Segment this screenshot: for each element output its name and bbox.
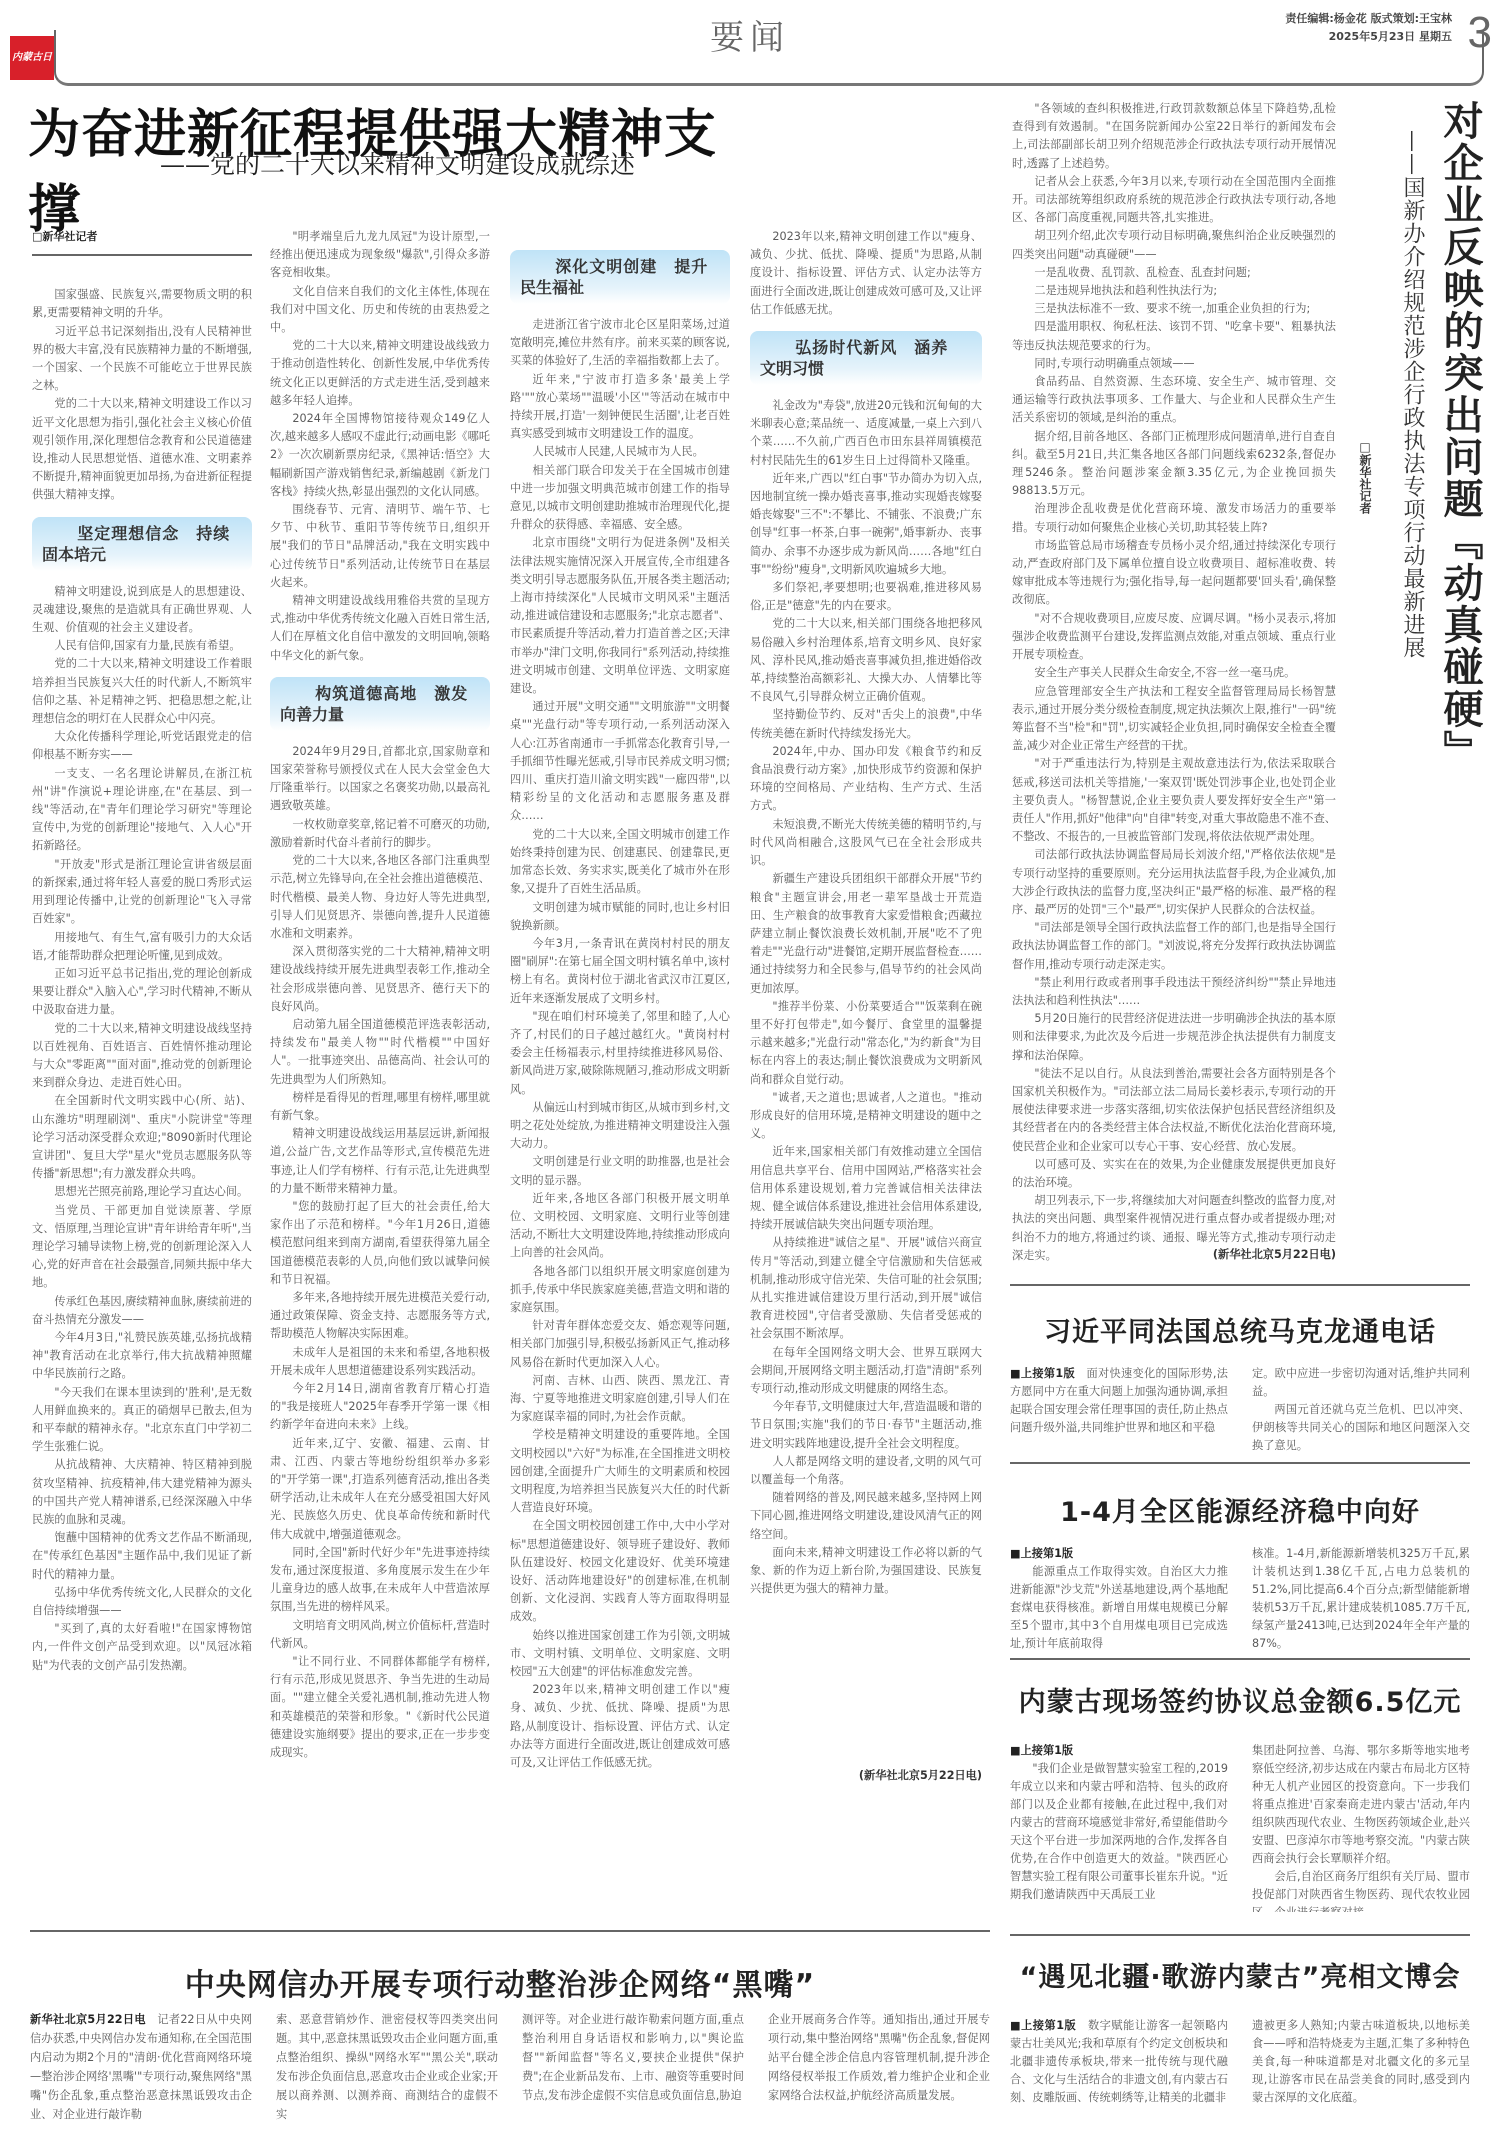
paragraph: 今年2月14日,湖南省教育厅精心打造的"我是接班人"2025年春季开学第一课《相…	[270, 1380, 490, 1435]
right-feature-subtitle: ——国新办介绍规范涉企行政执法专项行动最新进展	[1392, 130, 1428, 659]
right-feature-dateline: (新华社北京5月22日电)	[1180, 1246, 1336, 1262]
right-feature-title: 对企业反映的突出问题『动真碰硬』	[1432, 100, 1488, 772]
paragraph: "各领域的查纠积极推进,行政罚款数额总体呈下降趋势,乱检查得到有效遏制。"在国务…	[1012, 100, 1336, 173]
paragraph: "买到了,真的太好看啦!"在国家博物馆内,一件件文创产品受到欢迎。以"凤冠冰箱贴…	[32, 1620, 252, 1675]
paragraph: 近年来,广西以"红白事"节办简办为切入点,因地制宜统一操办婚丧喜事,推动实现婚丧…	[750, 470, 982, 579]
paragraph: 治理涉企乱收费是优化营商环境、激发市场活力的重要举措。专项行动如何聚焦企业核心关…	[1012, 500, 1336, 536]
paragraph: "禁止利用行政或者刑事手段违法干预经济纠纷""禁止异地违法执法和趋利性执法"……	[1012, 974, 1336, 1010]
subhead-new-customs: 弘扬时代新风 涵养 文明习惯	[750, 331, 982, 385]
paragraph: 以可感可及、实实在在的效果,为企业健康发展提供更加良好的法治环境。	[1012, 1156, 1336, 1192]
paragraph: "对于严重违法行为,特别是主观故意违法行为,依法采取联合惩戒,移送司法机关等措施…	[1012, 755, 1336, 846]
paragraph: 坚持勤俭节约、反对"舌尖上的浪费",中华传统美德在新时代持续发扬光大。	[750, 706, 982, 742]
subhead-morality: 构筑道德高地 激发 向善力量	[270, 677, 490, 731]
paragraph: 2023年以来,精神文明创建工作以"瘦身、减负、少扰、低扰、降噪、提质"为思路,…	[750, 228, 982, 319]
paragraph: 用接地气、有生气,富有吸引力的大众话语,才能帮助群众把理论听懂,见到成效。	[32, 929, 252, 965]
paragraph: 围绕春节、元宵、清明节、端午节、七夕节、中秋节、重阳节等传统节日,组织开展"我们…	[270, 501, 490, 592]
paragraph: 同时,全国"新时代好少年"先进事迹持续发布,通过深度报道、多角度展示发生在少年儿…	[270, 1544, 490, 1617]
paragraph: 人人都是网络文明的建设者,文明的风气可以覆盖每一个角落。	[750, 1453, 982, 1489]
lead-column-3: 深化文明创建 提升 民生福祉 走进浙江省宁波市北仑区星阳菜场,过道宽敞明亮,摊位…	[510, 250, 730, 1870]
paragraph: 近年来,辽宁、安徽、福建、云南、甘肃、江西、内蒙古等地纷纷组织举办多彩的"开学第…	[270, 1435, 490, 1544]
paragraph: 在全国文明校园创建工作中,大中小学对标"思想道德建设好、领导班子建设好、教师队伍…	[510, 1517, 730, 1626]
lead-column-2: "明孝端皇后九龙九凤冠"为设计原型,一经推出便迅速成为现象级"爆款",引得众多游…	[270, 228, 490, 1948]
paragraph: 学校是精神文明建设的重要阵地。全国文明校园以"六好"为标准,在全国推进文明校园创…	[510, 1426, 730, 1517]
paragraph: 饱蘸中国精神的优秀文艺作品不断涌现,在"传承红色基因"主题作品中,我们见证了新时…	[32, 1529, 252, 1584]
paragraph: "推荐半份菜、小份菜要适合""饭菜剩在碗里不好打包带走",如今餐厅、食堂里的温馨…	[750, 998, 982, 1089]
paragraph: 未成年人是祖国的未来和希望,各地积极开展未成年人思想道德建设系列实践活动。	[270, 1344, 490, 1380]
paragraph: 近年来,国家相关部门有效推动建立全国信用信息共享平台、信用中国网站,严格落实社会…	[750, 1143, 982, 1234]
brief-body-expo: ■上接第1版 数字赋能让游客一起领略内蒙古壮美风光;我和草原有个约定文创板块和北…	[1010, 2017, 1470, 2107]
paragraph: 从偏远山村到城市街区,从城市到乡村,文明之花处处绽放,为推进精神文明建设注入强大…	[510, 1099, 730, 1154]
paragraph: 随着网络的普及,网民越来越多,坚持网上网下同心圆,推进网络文明建设,建设风清气正…	[750, 1489, 982, 1544]
lead-col4-intro: 2023年以来,精神文明创建工作以"瘦身、减负、少扰、低扰、降噪、提质"为思路,…	[750, 228, 982, 319]
divider-right-1	[1010, 1284, 1470, 1286]
bottom-story-title: 中央网信办开展专项行动整治涉企网络“黑嘴”	[0, 1960, 1000, 2004]
paragraph: 通过开展"文明交通""文明旅游""文明餐桌""光盘行动"等专项行动,一系列活动深…	[510, 698, 730, 825]
section-name: 要闻	[0, 10, 1500, 59]
right-feature-body: "各领域的查纠积极推进,行政罚款数额总体呈下降趋势,乱检查得到有效遏制。"在国务…	[1012, 100, 1336, 1265]
paragraph: 习近平总书记深刻指出,没有人民精神世界的极大丰富,没有民族精神力量的不断增强,一…	[32, 323, 252, 396]
paragraph: "让不同行业、不同群体都能学有榜样,行有示范,形成见贤思齐、争当先进的生动局面。…	[270, 1653, 490, 1762]
paragraph: 三是执法标准不一致、要求不统一,加重企业负担的行为;	[1012, 300, 1336, 318]
paragraph: 大众化传播科学理论,听党话跟党走的信仰根基不断夯实——	[32, 728, 252, 764]
paragraph: 今年4月3日,"礼赞民族英雄,弘扬抗战精神"教育活动在北京举行,伟大抗战精神照耀…	[32, 1329, 252, 1384]
lead-column-1: □新华社记者 国家强盛、民族复兴,需要物质文明的积累,更需要精神文明的升华。习近…	[32, 228, 252, 1948]
paragraph: 2024年9月29日,首都北京,国家勋章和国家荣誉称号颁授仪式在人民大会堂金色大…	[270, 743, 490, 816]
paragraph: 文明培育文明风尚,树立价值标杆,营造时代新风。	[270, 1617, 490, 1653]
paragraph: 榜样是看得见的哲理,哪里有榜样,哪里就有新气象。	[270, 1089, 490, 1125]
lead-col2b-paragraphs: 2024年9月29日,首都北京,国家勋章和国家荣誉称号颁授仪式在人民大会堂金色大…	[270, 743, 490, 1762]
paragraph: 党的二十大以来,各地区各部门注重典型示范,树立先锋导向,在全社会推出道德模范、时…	[270, 852, 490, 943]
paragraph: 针对青年群体恋爱交友、婚恋观等问题,相关部门加强引导,积极弘扬新风正气,推动移风…	[510, 1317, 730, 1372]
lead-subheadline: ——党的二十大以来精神文明建设成就综述	[160, 145, 720, 181]
edition-meta: 责任编辑:杨金花 版式策划:王宝林 2025年5月23日 星期五	[1285, 10, 1452, 46]
paragraph: 党的二十大以来,精神文明建设战线坚持以百姓视角、百姓语言、百姓情怀推动理论与大众…	[32, 1020, 252, 1093]
lead-col4-paragraphs: 礼金改为"寿袋",放进20元钱和沉甸甸的大米聊表心意;菜品统一、适度减量,一桌上…	[750, 397, 982, 1767]
paragraph: "徒法不足以自行。从良法到善治,需要社会各方面特别是各个国家机关积极作为。"司法…	[1012, 1065, 1336, 1156]
paragraph: "对不合规收费项目,应废尽废、应调尽调。"杨小灵表示,将加强涉企收费监测平台建设…	[1012, 610, 1336, 665]
paragraph: 面向未来,精神文明建设工作必将以新的气象、新的作为迈上新台阶,为强国建设、民族复…	[750, 1544, 982, 1599]
paragraph: 正如习近平总书记指出,党的理论创新成果要让群众"入脑入心",学习时代精神,不断从…	[32, 965, 252, 1020]
paragraph: "您的鼓励打起了巨大的社会责任,给大家作出了示范和榜样。"今年1月26日,道德模…	[270, 1198, 490, 1289]
paragraph: 党的二十大以来,精神文明建设工作着眼培养担当民族复兴大任的时代新人,不断筑牢信仰…	[32, 655, 252, 728]
right-feature-paragraphs: "各领域的查纠积极推进,行政罚款数额总体呈下降趋势,乱检查得到有效遏制。"在国务…	[1012, 100, 1336, 1265]
paragraph: 各地各部门以组织开展文明家庭创建为抓手,传承中华民族家庭美德,营造文明和谐的家庭…	[510, 1263, 730, 1318]
paragraph: 多年来,各地持续开展先进模范关爱行动,通过政策保障、资金支持、志愿服务等方式,帮…	[270, 1289, 490, 1344]
right-feature-byline: □新华社记者	[1350, 440, 1374, 514]
paragraph: 文明创建是行业文明的助推器,也是社会文明的显示器。	[510, 1153, 730, 1189]
divider-lead-bottom	[30, 1930, 990, 1932]
paragraph: 启动第九届全国道德模范评选表彰活动,持续发布"最美人物""时代楷模""中国好人"…	[270, 1016, 490, 1089]
paragraph: 记者从会上获悉,今年3月以来,专项行动在全国范围内全面推开。司法部统筹组织政府系…	[1012, 173, 1336, 228]
paragraph: 近年来,"宁波市打造多条'最美上学路'""放心菜场""温暖'小区'"等活动在城市…	[510, 371, 730, 444]
paragraph: 礼金改为"寿袋",放进20元钱和沉甸甸的大米聊表心意;菜品统一、适度减量,一桌上…	[750, 397, 982, 470]
paragraph: 5月20日施行的民营经济促进法进一步明确涉企执法的基本原则和法律要求,为此次及今…	[1012, 1010, 1336, 1065]
paragraph: 思想光芒照亮前路,理论学习直达心间。	[32, 1183, 252, 1201]
divider-right-4	[1010, 1934, 1470, 1936]
paragraph: 一枚枚勋章奖章,铭记着不可磨灭的功勋,激励着新时代奋斗者前行的脚步。	[270, 816, 490, 852]
paragraph: 应急管理部安全生产执法和工程安全监督管理局局长杨智慧表示,通过开展分类分级检查制…	[1012, 683, 1336, 756]
paragraph: 多们祭祀,孝要想明;也要祸难,推进移风易俗,正是"德意"先的内在要求。	[750, 579, 982, 615]
lead-col1b-paragraphs: 精神文明建设,说到底是人的思想建设、灵魂建设,聚焦的是造就具有正确世界观、人生观…	[32, 583, 252, 1675]
paragraph: 四是滥用职权、徇私枉法、该罚不罚、"吃拿卡要"、粗暴执法等违反执法规范要求的行为…	[1012, 318, 1336, 354]
paragraph: "今天我们在课本里读到的'胜利',是无数人用鲜血换来的。真正的硝烟早已散去,但为…	[32, 1384, 252, 1457]
paragraph: 司法部行政执法协调监督局局长刘波介绍,"严格依法依规"是专项行动坚持的重要原则。…	[1012, 846, 1336, 919]
byline: □新华社记者	[32, 228, 252, 256]
paragraph: "司法部是领导全国行政执法监督工作的部门,也是指导全国行政执法协调监督工作的部门…	[1012, 919, 1336, 974]
subhead-civilization: 深化文明创建 提升 民生福祉	[510, 250, 730, 304]
masthead: 内蒙古日报 要闻 责任编辑:杨金花 版式策划:王宝林 2025年5月23日 星期…	[0, 0, 1500, 90]
paragraph: 近年来,各地区各部门积极开展文明单位、文明校园、文明家庭、文明行业等创建活动,不…	[510, 1190, 730, 1263]
paragraph: 据介绍,目前各地区、各部门正梳理形成问题清单,进行自查自纠。截至5月21日,共汇…	[1012, 428, 1336, 501]
paragraph: "开放麦"形式是浙江理论宣讲省级层面的新探索,通过将年轻人喜爱的脱口秀形式运用到…	[32, 856, 252, 929]
paragraph: 传承红色基因,赓续精神血脉,赓续前进的奋斗热情充分激发——	[32, 1293, 252, 1329]
paragraph: 一支支、一名名理论讲解员,在浙江杭州"讲"作演说+理论讲座,在"在基层、到一线"…	[32, 765, 252, 856]
paragraph: 2024年全国博物馆接待观众149亿人次,越来越多人感叹不虚此行;动画电影《哪吒…	[270, 410, 490, 501]
bottom-story-body: 新华社北京5月22日电 记者22日从中央网信办获悉,中央网信办发布通知称,在全国…	[30, 2010, 990, 2124]
paragraph: 始终以推进国家创建工作为引领,文明城市、文明村镇、文明单位、文明家庭、文明校园"…	[510, 1627, 730, 1682]
brief-title-energy: 1-4月全区能源经济稳中向好	[1010, 1490, 1470, 1529]
paragraph: 人民城市人民建,人民城市为人民。	[510, 443, 730, 461]
paragraph: 新疆生产建设兵团组织干部群众开展"节约粮食"主题宣讲会,用老一辈军垦战士开荒造田…	[750, 870, 982, 997]
paragraph: 精神文明建设战线运用基层远讲,新闻报道,公益广告,文艺作品等形式,宣传模范先进事…	[270, 1125, 490, 1198]
paragraph: 党的二十大以来,精神文明建设工作以习近平文化思想为指引,强化社会主义核心价值观引…	[32, 395, 252, 504]
paragraph: 一是乱收费、乱罚款、乱检查、乱查封问题;	[1012, 264, 1336, 282]
paragraph: 深入贯彻落实党的二十大精神,精神文明建设战线持续开展先进典型表彰工作,推动全社会…	[270, 943, 490, 1016]
subhead-ideals: 坚定理想信念 持续 固本培元	[32, 517, 252, 571]
paragraph: 未短浪费,不断光大传统美德的精明节约,与时代风尚相融合,这股风气已在全社会形成共…	[750, 816, 982, 871]
brief-body-energy: ■上接第1版能源重点工作取得实效。自治区大力推进新能源"沙戈荒"外送基地建设,两…	[1010, 1545, 1470, 1653]
paragraph: 北京市围绕"文明行为促进条例"及相关法律法规实施情况深入开展宣传,全市组建各类文…	[510, 534, 730, 698]
paragraph: 安全生产事关人民群众生命安全,不容一丝一毫马虎。	[1012, 664, 1336, 682]
paragraph: 党的二十大以来,精神文明建设战线致力于推动创造性转化、创新性发展,中华优秀传统文…	[270, 337, 490, 410]
paragraph: 走进浙江省宁波市北仑区星阳菜场,过道宽敞明亮,摊位井然有序。前来买菜的顾客说,买…	[510, 316, 730, 371]
lead-col2-paragraphs: "明孝端皇后九龙九凤冠"为设计原型,一经推出便迅速成为现象级"爆款",引得众多游…	[270, 228, 490, 665]
divider-right-3	[1010, 1658, 1470, 1660]
paragraph: "诚者,天之道也;思诚者,人之道也。"推动形成良好的信用环境,是精神文明建设的题…	[750, 1089, 982, 1144]
editor-line: 责任编辑:杨金花 版式策划:王宝林	[1285, 10, 1452, 28]
paragraph: 在每年全国网络文明大会、世界互联网大会期间,开展网络文明主题活动,打造"清朗"系…	[750, 1344, 982, 1399]
paragraph: 精神文明建设,说到底是人的思想建设、灵魂建设,聚焦的是造就具有正确世界观、人生观…	[32, 583, 252, 638]
page-number: 3	[1468, 8, 1492, 58]
paragraph: 党的二十大以来,全国文明城市创建工作始终秉持创建为民、创建惠民、创建靠民,更加常…	[510, 826, 730, 899]
paragraph: 从持续推进"诚信之星"、开展"诚信兴商宣传月"等活动,到建立健全守信激励和失信惩…	[750, 1234, 982, 1343]
paragraph: 弘扬中华优秀传统文化,人民群众的文化自信持续增强——	[32, 1584, 252, 1620]
paragraph: 精神文明建设战线用雅俗共赏的呈现方式,推动中华优秀传统文化融入百姓日常生活,人们…	[270, 592, 490, 665]
paragraph: 党的二十大以来,相关部门围绕各地把移风易俗融入乡村治理体系,培育文明乡风、良好家…	[750, 615, 982, 706]
brief-title-expo: “遇见北疆·歌游内蒙古”亮相文博会	[1010, 1955, 1470, 1994]
paragraph: 胡卫列介绍,此次专项行动目标明确,聚焦纠治企业反映强烈的四类突出问题"动真碰硬"…	[1012, 227, 1336, 263]
paragraph: 二是违规异地执法和趋利性执法行为;	[1012, 282, 1336, 300]
paragraph: 人民有信仰,国家有力量,民族有希望。	[32, 637, 252, 655]
paragraph: 从抗战精神、大庆精神、特区精神到脱贫攻坚精神、抗疫精神,伟大建党精神为源头的中国…	[32, 1456, 252, 1529]
paragraph: 相关部门联合印发关于在全国城市创建中进一步加强文明典范城市创建工作的指导意见,以…	[510, 462, 730, 535]
paragraph: 食品药品、自然资源、生态环境、安全生产、城市管理、交通运输等行政执法事项多、工作…	[1012, 373, 1336, 428]
paragraph: 当党员、干部更加自觉读原著、学原文、悟原理,当理论宣讲"青年讲给青年听",当理论…	[32, 1202, 252, 1293]
brief-body-macron-call: ■上接第1版 面对快速变化的国际形势,法方愿同中方在重大问题上加强沟通协调,承担…	[1010, 1365, 1470, 1455]
lead-dateline: (新华社北京5月22日电)	[750, 1767, 982, 1785]
paragraph: "明孝端皇后九龙九凤冠"为设计原型,一经推出便迅速成为现象级"爆款",引得众多游…	[270, 228, 490, 283]
paragraph: 今年春节,文明健康过大年,营造温暖和谐的节日氛围;实施"我们的节日·春节"主题活…	[750, 1398, 982, 1453]
paragraph: 今年3月,一条青讯在黄岗村村民的朋友圈"刷屏":在第七届全国文明村镇名单中,该村…	[510, 935, 730, 1008]
paragraph: 2024年,中办、国办印发《粮食节约和反食品浪费行动方案》,加快形成节约资源和保…	[750, 743, 982, 816]
brief-title-signing: 内蒙古现场签约协议总金额6.5亿元	[1010, 1680, 1470, 1719]
brief-body-signing: ■上接第1版"我们企业是做智慧实验室工程的,2019年成立以来和内蒙古呼和浩特、…	[1010, 1742, 1470, 1912]
paragraph: 同时,专项行动明确重点领域——	[1012, 355, 1336, 373]
paragraph: 文化自信来自我们的文化主体性,体现在我们对中国文化、历史和传统的由衷热爱之中。	[270, 283, 490, 338]
brief-title-macron-call: 习近平同法国总统马克龙通电话	[1010, 1310, 1470, 1349]
divider-right-2	[1010, 1462, 1470, 1464]
date-line: 2025年5月23日 星期五	[1285, 28, 1452, 46]
paragraph: 国家强盛、民族复兴,需要物质文明的积累,更需要精神文明的升华。	[32, 286, 252, 322]
paragraph: 文明创建为城市赋能的同时,也让乡村旧貌换新颜。	[510, 899, 730, 935]
paragraph: "现在咱们村环境美了,邻里和睦了,人心齐了,村民们的日子越过越红火。"黄岗村村委…	[510, 1008, 730, 1099]
lead-col1-paragraphs: 国家强盛、民族复兴,需要物质文明的积累,更需要精神文明的升华。习近平总书记深刻指…	[32, 286, 252, 504]
lead-col3-paragraphs: 走进浙江省宁波市北仑区星阳菜场,过道宽敞明亮,摊位井然有序。前来买菜的顾客说,买…	[510, 316, 730, 1772]
paragraph: 市场监管总局市场稽查专员杨小灵介绍,通过持续深化专项行动,严查政府部门及下属单位…	[1012, 537, 1336, 610]
lead-column-4: 2023年以来,精神文明创建工作以"瘦身、减负、少扰、低扰、降噪、提质"为思路,…	[750, 228, 982, 1928]
paragraph: 河南、吉林、山西、陕西、黑龙江、青海、宁夏等地推进文明家庭创建,引导人们在为家庭…	[510, 1372, 730, 1427]
paragraph: 2023年以来,精神文明创建工作以"瘦身、减负、少扰、低扰、降噪、提质"为思路,…	[510, 1681, 730, 1772]
paragraph: 在全国新时代文明实践中心(所、站)、山东潍坊"明理刷浏"、重庆"小院讲堂"等理论…	[32, 1092, 252, 1183]
